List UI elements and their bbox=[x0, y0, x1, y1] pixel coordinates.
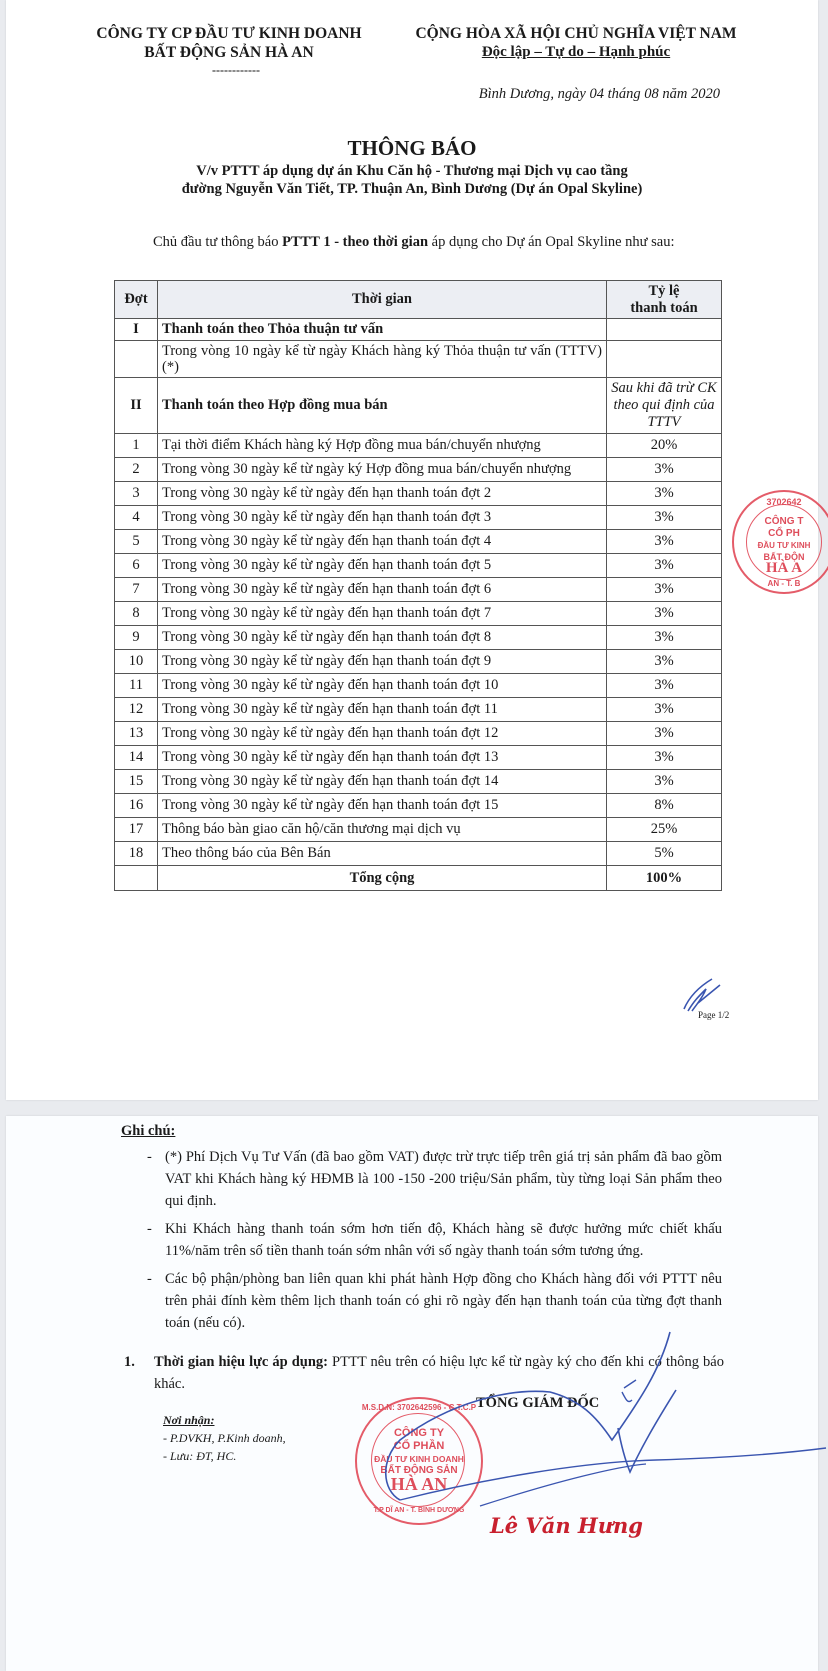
recipient-item: - P.DVKH, P.Kinh doanh, bbox=[163, 1429, 286, 1447]
subrow-rate bbox=[607, 341, 722, 378]
section-subrow: Trong vòng 10 ngày kể từ ngày Khách hàng… bbox=[115, 341, 722, 378]
cell-label: Trong vòng 30 ngày kể từ ngày đến hạn th… bbox=[158, 650, 607, 674]
cell-rate: 3% bbox=[607, 674, 722, 698]
cell-id: 15 bbox=[115, 770, 158, 794]
cell-id: 5 bbox=[115, 530, 158, 554]
cell-rate: 3% bbox=[607, 554, 722, 578]
cell-label: Trong vòng 30 ngày kể từ ngày đến hạn th… bbox=[158, 554, 607, 578]
document-subtitle: V/v PTTT áp dụng dự án Khu Căn hộ - Thươ… bbox=[72, 162, 752, 198]
cell-label: Theo thông báo của Bên Bán bbox=[158, 842, 607, 866]
document-date: Bình Dương, ngày 04 tháng 08 năm 2020 bbox=[354, 86, 720, 103]
company-name: CÔNG TY CP ĐẦU TƯ KINH DOANH BẤT ĐỘNG SẢ… bbox=[84, 24, 374, 62]
cell-rate: 3% bbox=[607, 626, 722, 650]
national-header: CỘNG HÒA XÃ HỘI CHỦ NGHĨA VIỆT NAM Độc l… bbox=[386, 24, 766, 62]
notes-title: Ghi chú: bbox=[121, 1123, 175, 1140]
national-motto: Độc lập – Tự do – Hạnh phúc bbox=[386, 43, 766, 62]
cell-label: Trong vòng 30 ngày kể từ ngày đến hạn th… bbox=[158, 674, 607, 698]
cell-rate: 8% bbox=[607, 794, 722, 818]
company-stamp-partial: 3702642 CÔNG T CỔ PH ĐẦU TƯ KINH BẤT ĐỘN… bbox=[732, 490, 828, 594]
cell-rate: 3% bbox=[607, 650, 722, 674]
cell-rate: 3% bbox=[607, 770, 722, 794]
section-row: II Thanh toán theo Hợp đồng mua bán Sau … bbox=[115, 378, 722, 434]
section-rate bbox=[607, 319, 722, 341]
table-row: 8Trong vòng 30 ngày kể từ ngày đến hạn t… bbox=[115, 602, 722, 626]
header-divider: ------------ bbox=[196, 63, 276, 78]
cell-label: Trong vòng 30 ngày kể từ ngày đến hạn th… bbox=[158, 722, 607, 746]
section-label: Thanh toán theo Hợp đồng mua bán bbox=[158, 378, 607, 434]
note-item: Các bộ phận/phòng ban liên quan khi phát… bbox=[142, 1268, 722, 1334]
cell-id: 4 bbox=[115, 506, 158, 530]
recipients-block: Nơi nhận: - P.DVKH, P.Kinh doanh, - Lưu:… bbox=[163, 1411, 286, 1465]
signer-name: Lê Văn Hưng bbox=[490, 1513, 643, 1538]
document-title: THÔNG BÁO bbox=[72, 136, 752, 161]
table-row: 6Trong vòng 30 ngày kể từ ngày đến hạn t… bbox=[115, 554, 722, 578]
payment-schedule-table: Đợt Thời gian Tỷ lệthanh toán I Thanh to… bbox=[114, 280, 722, 891]
table-row: 12Trong vòng 30 ngày kể từ ngày đến hạn … bbox=[115, 698, 722, 722]
company-name-line-2: BẤT ĐỘNG SẢN HÀ AN bbox=[84, 43, 374, 62]
cell-rate: 20% bbox=[607, 434, 722, 458]
subrow-id bbox=[115, 341, 158, 378]
cell-label: Trong vòng 30 ngày kể từ ngày đến hạn th… bbox=[158, 698, 607, 722]
intro-text: Chủ đầu tư thông báo bbox=[153, 234, 282, 250]
document-page-1: CÔNG TY CP ĐẦU TƯ KINH DOANH BẤT ĐỘNG SẢ… bbox=[6, 0, 818, 1100]
subtitle-line-2: đường Nguyễn Văn Tiết, TP. Thuận An, Bìn… bbox=[72, 180, 752, 198]
table-row: 11Trong vòng 30 ngày kể từ ngày đến hạn … bbox=[115, 674, 722, 698]
clause-heading: Thời gian hiệu lực áp dụng: bbox=[154, 1354, 328, 1370]
cell-label: Trong vòng 30 ngày kể từ ngày đến hạn th… bbox=[158, 746, 607, 770]
cell-label: Trong vòng 30 ngày kể từ ngày đến hạn th… bbox=[158, 794, 607, 818]
table-row: 15Trong vòng 30 ngày kể từ ngày đến hạn … bbox=[115, 770, 722, 794]
section-row: I Thanh toán theo Thỏa thuận tư vấn bbox=[115, 319, 722, 341]
table-row: 14Trong vòng 30 ngày kể từ ngày đến hạn … bbox=[115, 746, 722, 770]
recipients-title: Nơi nhận: bbox=[163, 1411, 286, 1429]
cell-rate: 3% bbox=[607, 458, 722, 482]
cell-id: 17 bbox=[115, 818, 158, 842]
stamp-bottom: AN - T. B bbox=[734, 578, 828, 590]
section-rate: Sau khi đã trừ CK theo qui định của TTTV bbox=[607, 378, 722, 434]
cell-rate: 3% bbox=[607, 530, 722, 554]
cell-label: Trong vòng 30 ngày kể từ ngày đến hạn th… bbox=[158, 482, 607, 506]
header-installment: Đợt bbox=[115, 281, 158, 319]
section-id: II bbox=[115, 378, 158, 434]
table-row: 16Trong vòng 30 ngày kể từ ngày đến hạn … bbox=[115, 794, 722, 818]
note-item: (*) Phí Dịch Vụ Tư Vấn (đã bao gồm VAT) … bbox=[142, 1146, 722, 1212]
cell-rate: 3% bbox=[607, 578, 722, 602]
cell-id: 12 bbox=[115, 698, 158, 722]
subtitle-line-1: V/v PTTT áp dụng dự án Khu Căn hộ - Thươ… bbox=[72, 162, 752, 180]
table-row: 13Trong vòng 30 ngày kể từ ngày đến hạn … bbox=[115, 722, 722, 746]
cell-rate: 3% bbox=[607, 482, 722, 506]
cell-id: 2 bbox=[115, 458, 158, 482]
company-name-line-1: CÔNG TY CP ĐẦU TƯ KINH DOANH bbox=[84, 24, 374, 43]
notes-list: (*) Phí Dịch Vụ Tư Vấn (đã bao gồm VAT) … bbox=[142, 1146, 722, 1340]
cell-label: Trong vòng 30 ngày kể từ ngày ký Hợp đồn… bbox=[158, 458, 607, 482]
total-id bbox=[115, 866, 158, 891]
table-row: 7Trong vòng 30 ngày kể từ ngày đến hạn t… bbox=[115, 578, 722, 602]
table-row: 5Trong vòng 30 ngày kể từ ngày đến hạn t… bbox=[115, 530, 722, 554]
cell-label: Trong vòng 30 ngày kể từ ngày đến hạn th… bbox=[158, 770, 607, 794]
subrow-label: Trong vòng 10 ngày kể từ ngày Khách hàng… bbox=[158, 341, 607, 378]
header-rate: Tỷ lệthanh toán bbox=[607, 281, 722, 319]
cell-id: 1 bbox=[115, 434, 158, 458]
cell-label: Trong vòng 30 ngày kể từ ngày đến hạn th… bbox=[158, 578, 607, 602]
table-row: 18Theo thông báo của Bên Bán5% bbox=[115, 842, 722, 866]
cell-rate: 3% bbox=[607, 746, 722, 770]
cell-label: Trong vòng 30 ngày kể từ ngày đến hạn th… bbox=[158, 602, 607, 626]
table-row: 1Tại thời điểm Khách hàng ký Hợp đồng mu… bbox=[115, 434, 722, 458]
director-signature-icon bbox=[360, 1330, 828, 1540]
cell-label: Trong vòng 30 ngày kể từ ngày đến hạn th… bbox=[158, 506, 607, 530]
intro-paragraph: Chủ đầu tư thông báo PTTT 1 - theo thời … bbox=[153, 232, 723, 252]
cell-rate: 5% bbox=[607, 842, 722, 866]
table-header-row: Đợt Thời gian Tỷ lệthanh toán bbox=[115, 281, 722, 319]
note-item: Khi Khách hàng thanh toán sớm hơn tiến đ… bbox=[142, 1218, 722, 1262]
table-row: 10Trong vòng 30 ngày kể từ ngày đến hạn … bbox=[115, 650, 722, 674]
cell-label: Trong vòng 30 ngày kể từ ngày đến hạn th… bbox=[158, 626, 607, 650]
stamp-code: 3702642 bbox=[734, 496, 828, 508]
cell-rate: 3% bbox=[607, 602, 722, 626]
section-id: I bbox=[115, 319, 158, 341]
header-time: Thời gian bbox=[158, 281, 607, 319]
cell-label: Thông báo bàn giao căn hộ/căn thương mại… bbox=[158, 818, 607, 842]
cell-id: 6 bbox=[115, 554, 158, 578]
clause-number: 1. bbox=[124, 1351, 135, 1373]
page-number: Page 1/2 bbox=[698, 1010, 729, 1020]
cell-id: 9 bbox=[115, 626, 158, 650]
cell-id: 8 bbox=[115, 602, 158, 626]
section-label: Thanh toán theo Thỏa thuận tư vấn bbox=[158, 319, 607, 341]
cell-id: 3 bbox=[115, 482, 158, 506]
total-label: Tổng cộng bbox=[158, 866, 607, 891]
cell-id: 16 bbox=[115, 794, 158, 818]
cell-rate: 3% bbox=[607, 506, 722, 530]
recipient-item: - Lưu: ĐT, HC. bbox=[163, 1447, 286, 1465]
cell-rate: 25% bbox=[607, 818, 722, 842]
republic-name: CỘNG HÒA XÃ HỘI CHỦ NGHĨA VIỆT NAM bbox=[386, 24, 766, 43]
cell-id: 18 bbox=[115, 842, 158, 866]
table-row: 2Trong vòng 30 ngày kể từ ngày ký Hợp đồ… bbox=[115, 458, 722, 482]
cell-id: 13 bbox=[115, 722, 158, 746]
stamp-line: CÔNG T bbox=[734, 516, 828, 528]
initial-signature-icon bbox=[676, 975, 726, 1015]
cell-rate: 3% bbox=[607, 722, 722, 746]
cell-id: 14 bbox=[115, 746, 158, 770]
table-row: 9Trong vòng 30 ngày kể từ ngày đến hạn t… bbox=[115, 626, 722, 650]
total-rate: 100% bbox=[607, 866, 722, 891]
table-row: 3Trong vòng 30 ngày kể từ ngày đến hạn t… bbox=[115, 482, 722, 506]
cell-id: 7 bbox=[115, 578, 158, 602]
stamp-line: CỔ PH bbox=[734, 528, 828, 540]
intro-text-end: áp dụng cho Dự án Opal Skyline như sau: bbox=[428, 234, 674, 250]
cell-label: Tại thời điểm Khách hàng ký Hợp đồng mua… bbox=[158, 434, 607, 458]
cell-id: 10 bbox=[115, 650, 158, 674]
cell-rate: 3% bbox=[607, 698, 722, 722]
stamp-line: HÀ A bbox=[734, 562, 828, 574]
cell-id: 11 bbox=[115, 674, 158, 698]
total-row: Tổng cộng100% bbox=[115, 866, 722, 891]
table-row: 17Thông báo bàn giao căn hộ/căn thương m… bbox=[115, 818, 722, 842]
table-row: 4Trong vòng 30 ngày kể từ ngày đến hạn t… bbox=[115, 506, 722, 530]
intro-bold: PTTT 1 - theo thời gian bbox=[282, 234, 428, 250]
header-rate-text: Tỷ lệthanh toán bbox=[630, 283, 697, 316]
cell-label: Trong vòng 30 ngày kể từ ngày đến hạn th… bbox=[158, 530, 607, 554]
